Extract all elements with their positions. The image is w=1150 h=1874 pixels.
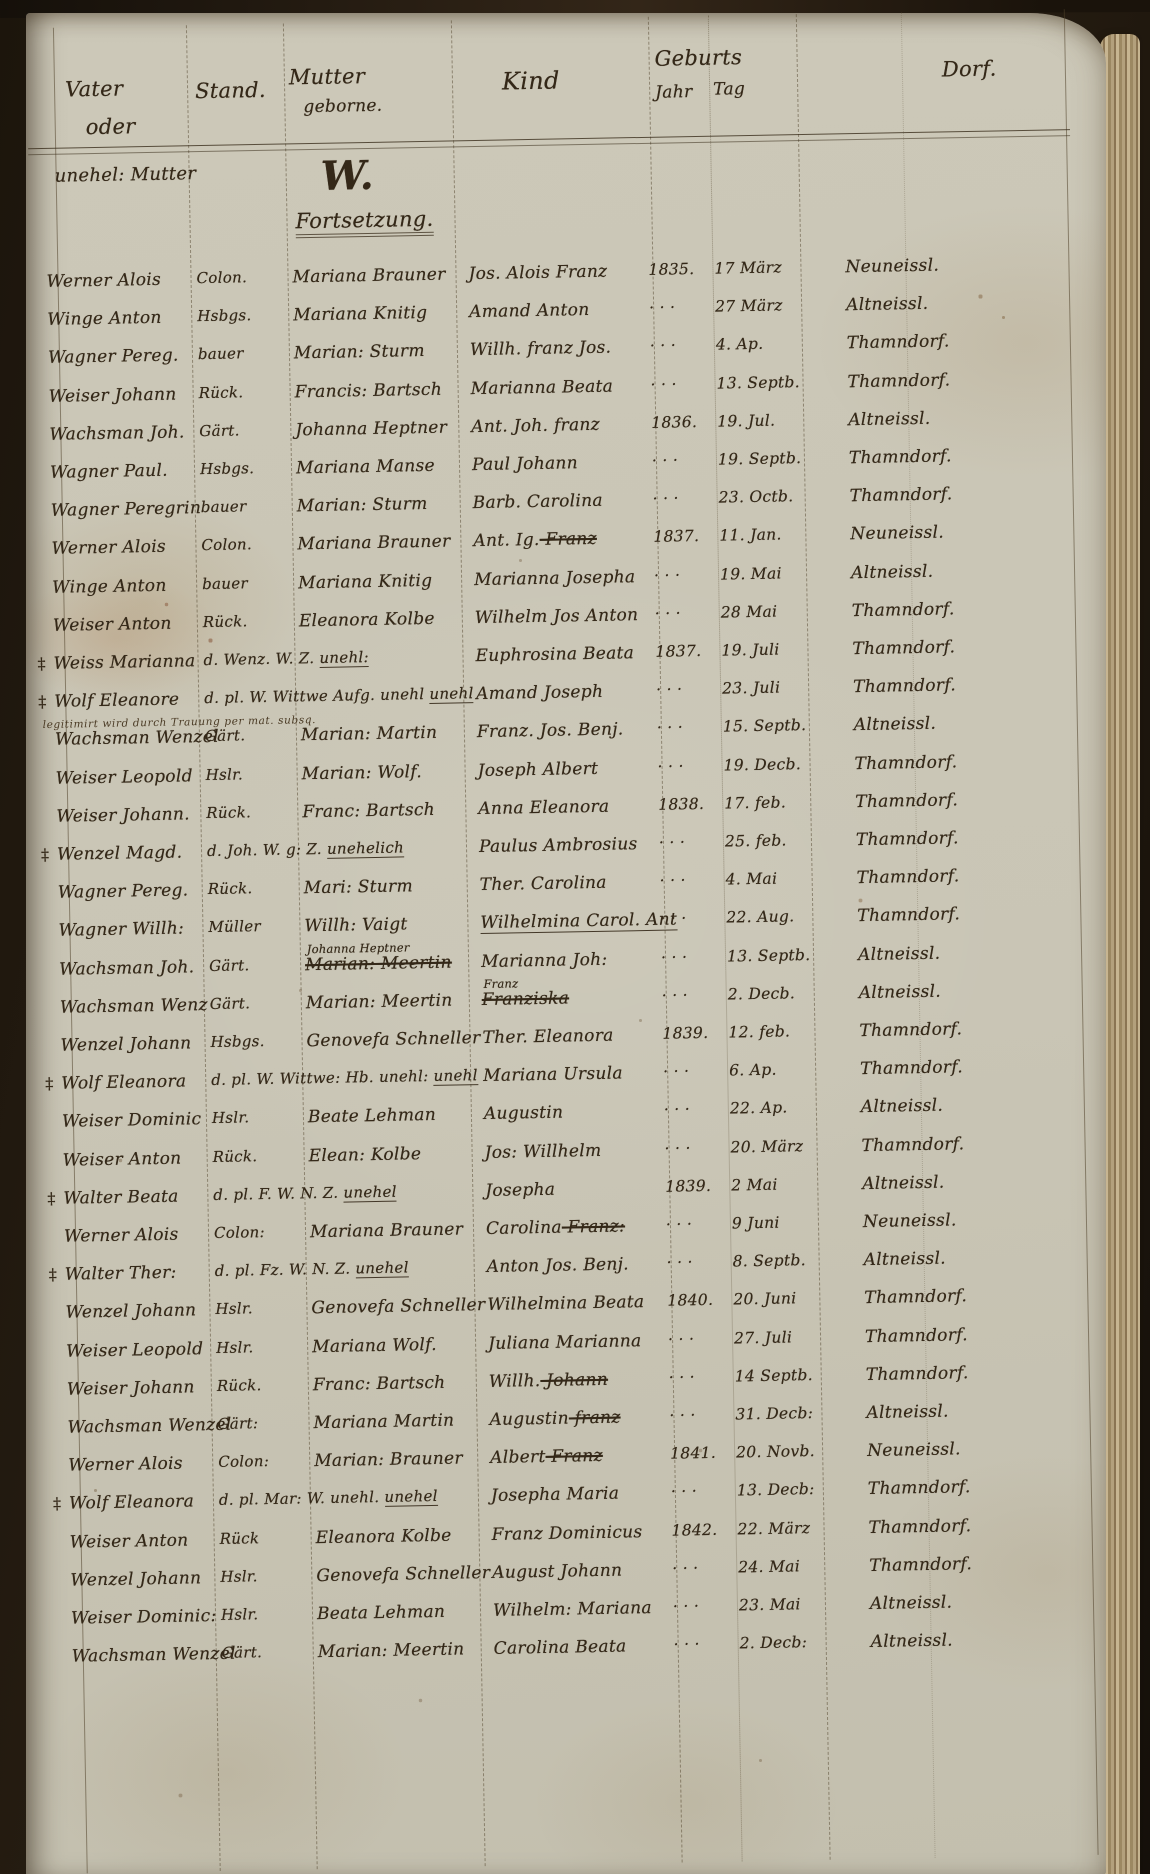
birth-day: 13. Septb.: [727, 946, 811, 966]
child-name: August Johann: [492, 1560, 622, 1582]
birth-year: · · ·: [652, 451, 678, 469]
father-status: Gärt:: [217, 1414, 258, 1433]
birth-day: 19. Mai: [720, 564, 782, 583]
child-name: Franz. Jos. Benj.: [477, 720, 624, 743]
birth-year: · · ·: [662, 986, 688, 1004]
child-name: FranziskaFranz: [482, 988, 570, 1010]
child-name: Marianna Beata: [470, 376, 613, 399]
header-father: Vater: [65, 76, 124, 101]
father-status: Hsbgs.: [200, 459, 255, 478]
father-name: Wachsman Wenzel: [67, 1415, 231, 1438]
father-status: d. pl. Mar: W. unehl. unehel: [219, 1487, 438, 1509]
mother-name: Mariana Knitig: [293, 303, 428, 325]
birth-year: · · ·: [669, 1406, 695, 1424]
father-name: Weiss Marianna: [53, 651, 195, 674]
birth-year: 1840.: [667, 1291, 713, 1310]
mother-name: Mariana Knitig: [298, 570, 433, 592]
village-name: Neuneissl.: [863, 1210, 957, 1232]
child-name: Amand Joseph: [476, 682, 603, 704]
village-name: Thamndorf.: [868, 1478, 971, 1500]
village-name: Altneissl.: [848, 409, 931, 431]
birth-year: · · ·: [655, 604, 681, 622]
father-name: Weiser Johann.: [56, 804, 190, 826]
mother-name: Mariana Brauner: [310, 1219, 463, 1242]
birth-day: 17 März: [714, 258, 782, 277]
birth-day: 12. feb.: [728, 1022, 790, 1041]
child-name: Franz Dominicus: [491, 1522, 642, 1545]
village-name: Thamndorf.: [869, 1554, 972, 1576]
father-name: Weiser Anton: [70, 1530, 189, 1552]
header-mother: Mutter: [289, 64, 366, 89]
illegitimacy-cross-marker: ‡: [49, 1265, 58, 1284]
birth-year: · · ·: [660, 910, 686, 928]
child-name: Anton Jos. Benj.: [487, 1255, 630, 1278]
birth-day: 28 Mai: [721, 602, 778, 621]
illegitimate-note-underlined: unehel: [355, 1259, 409, 1279]
mother-name-correction: Johanna Heptner: [307, 940, 410, 956]
birth-year: 1839.: [665, 1177, 711, 1196]
father-name: Weiser Johann: [49, 384, 177, 406]
father-name: Wachsman Joh.: [49, 422, 185, 444]
village-name: Thamndorf.: [866, 1363, 969, 1385]
mother-name: Genovefa Schneller: [316, 1563, 490, 1586]
mother-name: Franc: Bartsch: [313, 1373, 446, 1395]
father-status: Colon.: [196, 268, 247, 287]
village-name: Thamndorf.: [847, 332, 950, 354]
father-name: Weiser Johann: [67, 1377, 195, 1399]
mother-name: Mariana Brauner: [292, 265, 445, 288]
child-name: Juliana Marianna: [488, 1331, 642, 1354]
birth-year: · · ·: [661, 948, 687, 966]
child-name: Amand Anton: [469, 300, 590, 322]
birth-year: 1836.: [651, 413, 697, 432]
birth-year: 1842.: [671, 1520, 717, 1539]
mother-name: Franc: Bartsch: [302, 800, 435, 822]
father-status: bauer: [201, 497, 247, 516]
father-status: Hslr.: [212, 1109, 250, 1128]
father-name: Wagner Paul.: [50, 461, 168, 483]
village-name: Neuneissl.: [845, 256, 939, 278]
header-child: Kind: [502, 66, 560, 95]
mother-name: Johanna Heptner: [295, 417, 447, 440]
child-name: Albert Franz: [490, 1446, 603, 1468]
header-birth: Geburts: [654, 45, 742, 71]
village-name: Thamndorf.: [852, 637, 955, 659]
father-status: Hslr.: [205, 765, 243, 784]
mother-name: Eleanora Kolbe: [299, 609, 435, 631]
illegitimate-note-underlined: unehl: [433, 1066, 477, 1086]
birth-day: 17. feb.: [724, 793, 786, 812]
father-name: Weiser Leopold: [56, 766, 193, 789]
village-name: Thamndorf.: [868, 1516, 971, 1538]
mother-name: Francis: Bartsch: [294, 379, 442, 402]
child-name: Mariana Ursula: [483, 1064, 623, 1087]
child-name: Carolina Beata: [494, 1637, 627, 1659]
father-status: Rück.: [208, 879, 253, 898]
father-name: Werner Alois: [68, 1454, 183, 1476]
mother-name: Marian: Meertin: [306, 990, 453, 1013]
father-name: Wolf Eleanore: [54, 690, 179, 712]
mother-name: Marian: Sturm: [294, 341, 425, 363]
child-name: Wilhelm Jos Anton: [475, 605, 639, 628]
father-status: Colon.: [201, 536, 252, 555]
birth-day: 4. Ap.: [716, 335, 764, 354]
father-status: Gärt.: [210, 994, 251, 1013]
illegitimate-note-underlined: unehel: [384, 1487, 438, 1507]
child-name: Ther. Carolina: [480, 873, 607, 895]
village-name: Altneissl.: [851, 561, 934, 583]
child-name: Paul Johann: [472, 453, 578, 475]
village-name: Altneissl.: [861, 1096, 944, 1118]
birth-day: 15. Septb.: [723, 716, 807, 736]
child-name: Wilhelmina Beata: [487, 1292, 644, 1315]
register-table: Vater oder Stand. Mutter geborne. Kind G…: [0, 0, 1150, 1874]
father-status: Hslr.: [215, 1300, 253, 1319]
father-name: Wachsman Wenzel: [55, 727, 219, 750]
village-name: Thamndorf.: [865, 1325, 968, 1347]
birth-year: · · ·: [656, 680, 682, 698]
birth-day: 14 Septb.: [735, 1366, 813, 1385]
village-name: Altneissl.: [870, 1593, 953, 1615]
village-name: Thamndorf.: [847, 370, 950, 392]
illegitimacy-cross-marker: ‡: [47, 1189, 56, 1208]
birth-year: · · ·: [663, 1062, 689, 1080]
father-status: Rück.: [206, 803, 251, 822]
father-status: Gärt.: [222, 1643, 263, 1662]
father-status: Hslr.: [221, 1605, 259, 1624]
father-status: Rück.: [212, 1147, 257, 1166]
birth-day: 27. Juli: [734, 1328, 792, 1347]
village-name: Thamndorf.: [853, 675, 956, 697]
birth-year: · · ·: [657, 757, 683, 775]
birth-day: 2. Decb:: [739, 1633, 807, 1652]
mother-name: Mari: Sturm: [304, 876, 414, 898]
child-name: Marianna Joh:: [481, 949, 608, 971]
father-name: Wenzel Magd.: [57, 842, 183, 864]
mother-name: Marian: Brauner: [314, 1449, 463, 1472]
birth-year: 1835.: [648, 260, 694, 279]
village-name: Altneissl.: [859, 981, 942, 1003]
birth-day: 22. Ap.: [730, 1099, 788, 1118]
mother-name: Marian: Meertin: [318, 1640, 465, 1663]
header-father-or: oder: [86, 114, 136, 139]
village-name: Thamndorf.: [861, 1134, 964, 1156]
village-name: Thamndorf.: [849, 446, 952, 468]
child-name: Josepha: [485, 1180, 555, 1201]
birth-day: 20. Juni: [733, 1290, 796, 1309]
mother-name: Mariana Martin: [313, 1411, 454, 1434]
birth-day: 22. März: [737, 1519, 810, 1538]
child-name-correction: Franz: [483, 976, 518, 991]
birth-year: · · ·: [666, 1215, 692, 1233]
birth-day: 24. Mai: [738, 1557, 800, 1576]
birth-day: 22. Aug.: [726, 908, 794, 927]
birth-year: 1841.: [670, 1444, 716, 1463]
child-name: Willh. Johann: [489, 1370, 609, 1392]
child-name-struck: Franz:: [562, 1216, 626, 1237]
village-name: Neuneissl.: [867, 1440, 961, 1462]
birth-day: 8. Septb.: [732, 1251, 806, 1270]
village-name: Thamndorf.: [857, 905, 960, 927]
village-name: Thamndorf.: [859, 1019, 962, 1041]
birth-year: · · ·: [672, 1559, 698, 1577]
illegitimacy-cross-marker: ‡: [53, 1494, 62, 1513]
father-status: Hsbgs.: [210, 1032, 265, 1051]
birth-day: 2 Mai: [731, 1175, 778, 1194]
mother-name: Mariana Wolf.: [312, 1335, 437, 1357]
birth-day: 11. Jan.: [719, 526, 782, 545]
birth-year: · · ·: [669, 1368, 695, 1386]
child-name-struck: Franziska: [482, 988, 570, 1010]
mother-name: Genovefa Schneller: [311, 1295, 485, 1318]
child-name: Willh. franz Jos.: [470, 338, 612, 361]
header-rule: [28, 129, 1070, 155]
birth-year: 1837.: [655, 642, 701, 661]
father-status: Rück.: [203, 612, 248, 631]
father-status: d. pl. F. W. N. Z. unehel: [213, 1182, 397, 1203]
birth-day: 23. Juli: [722, 679, 780, 698]
birth-day: 19. Decb.: [723, 755, 801, 774]
mother-name: Marian: MeertinJohanna Heptner: [305, 952, 452, 975]
register-rows: Werner AloisColon.Mariana BraunerJos. Al…: [0, 0, 1145, 1]
birth-day: 2. Decb.: [728, 984, 796, 1003]
child-name: Ant. Ig. Franz: [473, 529, 597, 551]
father-name: Weiser Dominic: [62, 1110, 202, 1133]
father-name: Weiser Dominic:: [71, 1606, 217, 1629]
father-status: Hslr.: [220, 1567, 258, 1586]
header-birth-day: Tag: [713, 79, 745, 100]
village-name: Altneissl.: [870, 1631, 953, 1653]
illegitimate-note-underlined: unehl:: [319, 648, 369, 668]
mother-name: Elean: Kolbe: [308, 1144, 421, 1166]
mother-name: Mariana Brauner: [297, 532, 450, 555]
father-name: Wagner Peregrin: [51, 498, 202, 521]
father-status: d. Wenz. W. Z. unehl:: [203, 648, 369, 669]
village-name: Thamndorf.: [849, 485, 952, 507]
village-name: Thamndorf.: [854, 752, 957, 774]
illegitimate-note-underlined: unehl: [429, 684, 473, 704]
father-name: Walter Beata: [63, 1186, 179, 1208]
father-name: Weiser Anton: [63, 1148, 182, 1170]
birth-year: · · ·: [660, 871, 686, 889]
child-name: Barb. Carolina: [473, 491, 603, 513]
father-status: Gärt.: [209, 956, 250, 975]
village-name: Altneissl.: [858, 943, 941, 965]
child-name-struck: franz: [569, 1408, 621, 1429]
village-name: Altneissl.: [863, 1249, 946, 1271]
child-name: Jos. Alois Franz: [468, 262, 607, 285]
header-village: Dorf.: [942, 56, 997, 81]
child-name: Wilhelm: Mariana: [493, 1598, 652, 1621]
birth-year: · · ·: [653, 490, 679, 508]
header-mother-nee: geborne.: [303, 96, 382, 117]
illegitimacy-cross-marker: ‡: [41, 845, 50, 864]
father-status: d. pl. W. Wittwe: Hb. unehl: unehl: [211, 1066, 478, 1089]
father-name: Wenzel Johann: [65, 1301, 196, 1323]
section-subtitle: Fortsetzung.: [295, 207, 434, 239]
mother-name: Beate Lehman: [308, 1105, 436, 1127]
section-letter: W.: [320, 152, 374, 200]
birth-day: 19. Jul.: [717, 411, 775, 430]
father-name: Werner Alois: [64, 1225, 179, 1247]
birth-year: · · ·: [657, 719, 683, 737]
father-name: Wolf Eleanora: [69, 1492, 194, 1514]
birth-year: · · ·: [664, 1101, 690, 1119]
birth-year: · · ·: [671, 1483, 697, 1501]
illegitimacy-cross-marker: ‡: [38, 692, 47, 711]
birth-year: 1839.: [662, 1024, 708, 1043]
birth-year: · · ·: [673, 1597, 699, 1615]
child-name: Wilhelmina Carol. Ant: [480, 910, 677, 935]
father-status: Gärt.: [199, 421, 240, 440]
father-status: d. pl. W. Wittwe Aufg. unehl unehl: [204, 684, 474, 707]
birth-year: · · ·: [650, 337, 676, 355]
child-name-struck: Franz: [540, 529, 598, 550]
father-name: Walter Ther:: [65, 1263, 177, 1285]
village-name: Thamndorf.: [860, 1057, 963, 1079]
birth-year: · · ·: [664, 1139, 690, 1157]
child-name-struck: Johann: [540, 1370, 608, 1391]
father-name: Wagner Willh:: [58, 919, 184, 941]
child-name: Marianna Josepha: [474, 567, 636, 590]
child-name: Josepha Maria: [491, 1484, 620, 1506]
mother-name: Genovefa Schneller: [306, 1028, 480, 1051]
child-name: Jos: Willhelm: [484, 1140, 601, 1162]
mother-name: Marian: Wolf.: [301, 762, 422, 784]
father-name: Winge Anton: [52, 575, 167, 597]
birth-day: 20. Novb.: [736, 1442, 815, 1461]
father-status: Hslr.: [216, 1338, 254, 1357]
birth-day: 6. Ap.: [729, 1061, 777, 1080]
village-name: Thamndorf.: [855, 790, 958, 812]
village-name: Thamndorf.: [856, 828, 959, 850]
mother-name: Eleanora Kolbe: [315, 1525, 451, 1547]
illegitimate-note-underlined: unehelich: [327, 838, 404, 858]
village-name: Thamndorf.: [856, 866, 959, 888]
village-name: Altneissl.: [862, 1172, 945, 1194]
birth-day: 23. Mai: [739, 1595, 801, 1614]
birth-year: 1838.: [658, 795, 704, 814]
birth-year: · · ·: [668, 1330, 694, 1348]
illegitimate-note-underlined: unehel: [343, 1182, 397, 1202]
village-name: Altneissl.: [854, 714, 937, 736]
father-name: Wachsman Wenzel: [72, 1644, 236, 1667]
father-status: Colon:: [218, 1452, 269, 1471]
father-name: Wenzel Johann: [70, 1568, 201, 1590]
child-name: Euphrosina Beata: [475, 643, 634, 666]
father-name: Werner Alois: [46, 270, 161, 292]
father-name: Winge Anton: [47, 308, 162, 330]
village-name: Thamndorf.: [852, 599, 955, 621]
father-name: Weiser Leopold: [66, 1339, 203, 1362]
birth-day: 31. Decb:: [735, 1404, 813, 1423]
father-name: Weiser Anton: [53, 613, 172, 635]
father-status: Rück: [219, 1529, 259, 1548]
child-name: Anna Eleanora: [478, 796, 609, 818]
father-status: d. pl. Fz. W. N. Z. unehel: [215, 1259, 409, 1281]
father-status: Müller: [208, 917, 261, 936]
father-name: Werner Alois: [51, 537, 166, 559]
header-stand: Stand.: [195, 78, 266, 103]
birth-day: 20. März: [730, 1137, 803, 1156]
header-birth-year: Jahr: [655, 82, 693, 103]
birth-day: 9 Juni: [732, 1214, 780, 1233]
birth-day: 13. Septb.: [716, 373, 800, 393]
birth-day: 4. Mai: [725, 870, 777, 889]
mother-name: Marian: Martin: [301, 723, 438, 745]
father-status: bauer: [202, 574, 248, 593]
father-status: bauer: [198, 345, 244, 364]
child-name: Paulus Ambrosius: [479, 834, 638, 857]
child-name: Ant. Joh. franz: [471, 415, 600, 437]
father-name: Wolf Eleanora: [61, 1072, 186, 1094]
child-name: Augustin: [484, 1103, 564, 1124]
birth-year: 1837.: [653, 527, 699, 546]
birth-year: · · ·: [667, 1253, 693, 1271]
father-name: Wagner Pereg.: [58, 881, 189, 903]
illegitimacy-cross-marker: ‡: [37, 654, 46, 673]
father-status: Hsbgs.: [197, 306, 252, 325]
birth-day: 19. Septb.: [718, 449, 802, 469]
birth-day: 19. Juli: [721, 641, 779, 660]
mother-name: Mariana Manse: [296, 456, 435, 479]
birth-day: 13. Decb:: [737, 1480, 815, 1499]
child-name: Ther. Eleanora: [482, 1026, 613, 1048]
child-name: Augustin franz: [489, 1408, 620, 1430]
village-name: Thamndorf.: [864, 1287, 967, 1309]
birth-year: · · ·: [654, 566, 680, 584]
father-name: Wachsman Joh.: [59, 957, 195, 979]
child-name: Joseph Albert: [477, 758, 598, 780]
father-name: Wachsman Wenz: [60, 995, 208, 1018]
village-name: Neuneissl.: [850, 523, 944, 545]
birth-day: 27 März: [715, 297, 783, 316]
village-name: Altneissl.: [846, 294, 929, 316]
birth-year: · · ·: [649, 299, 675, 317]
birth-year: · · ·: [659, 833, 685, 851]
father-status: Colon:: [214, 1223, 265, 1242]
subheader-illegitimate-mother-note: unehel: Mutter: [54, 163, 196, 187]
child-name-struck: Franz: [545, 1446, 603, 1467]
father-status: d. Joh. W. g: Z. unehelich: [207, 838, 404, 860]
father-status: Rück.: [198, 383, 243, 402]
birth-day: 25. feb.: [725, 831, 787, 850]
birth-year: · · ·: [650, 375, 676, 393]
birth-day: 23. Octb.: [718, 487, 793, 506]
birth-year: · · ·: [674, 1635, 700, 1653]
mother-name: Willh: Vaigt: [304, 915, 408, 937]
village-name: Altneissl.: [866, 1402, 949, 1424]
mother-name: Beata Lehman: [317, 1602, 446, 1624]
father-status: Rück.: [217, 1376, 262, 1395]
father-name: Wenzel Johann: [60, 1033, 191, 1055]
mother-name: Marian: Sturm: [297, 494, 428, 516]
illegitimacy-cross-marker: ‡: [45, 1074, 54, 1093]
father-name: Wagner Pereg.: [48, 346, 179, 368]
father-status: Gärt.: [205, 727, 246, 746]
child-name: Carolina Franz:: [486, 1216, 625, 1239]
